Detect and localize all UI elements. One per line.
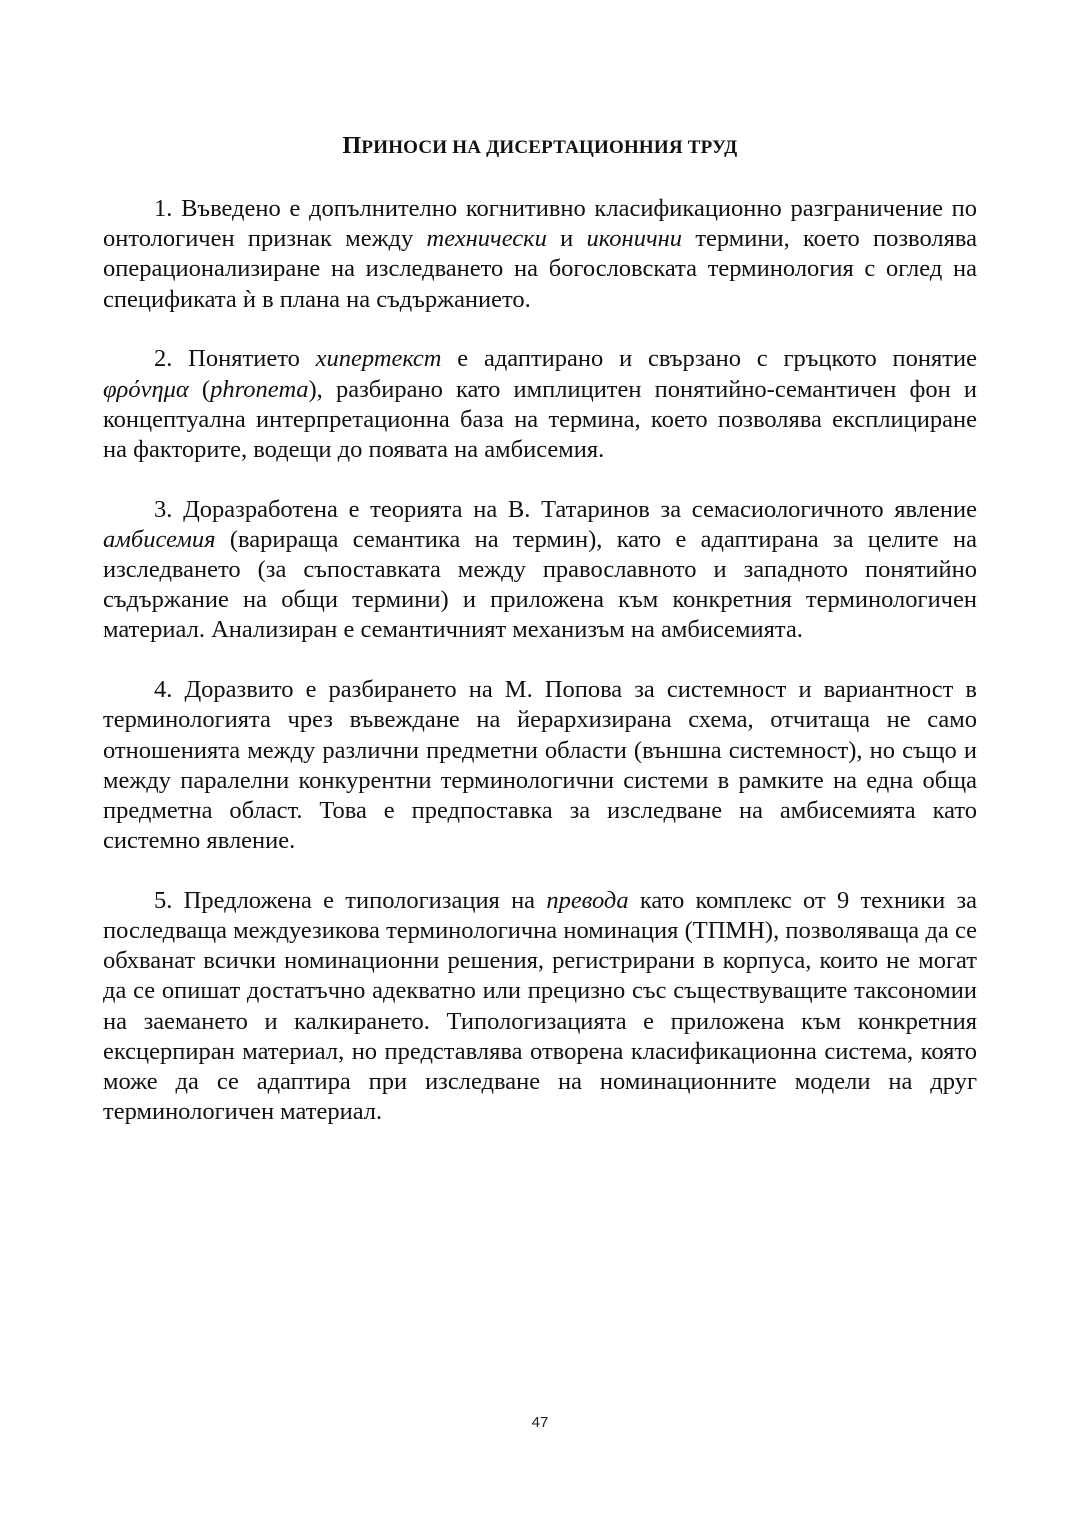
- italic-term: технически: [427, 225, 547, 252]
- paragraph-number: 3.: [154, 496, 172, 523]
- contribution-paragraph-1: 1. Въведено е допълнително когнитивно кл…: [103, 194, 977, 315]
- page-number: 47: [0, 1414, 1080, 1431]
- contribution-paragraph-2: 2. Понятието хипертекст е адаптирано и с…: [103, 344, 977, 465]
- contribution-paragraph-5: 5. Предложена е типологизация на превода…: [103, 886, 977, 1128]
- contribution-paragraph-3: 3. Доразработена е теорията на В. Татари…: [103, 495, 977, 646]
- italic-term: phronema: [210, 376, 308, 403]
- italic-term: иконични: [587, 225, 683, 252]
- page-title: ПРИНОСИ НА ДИСЕРТАЦИОННИЯ ТРУД: [103, 128, 977, 166]
- paragraph-number: 1.: [154, 195, 172, 222]
- text-segment: като комплекс от 9 техники за последваща…: [103, 887, 977, 1125]
- title-first-letter: П: [343, 133, 362, 159]
- text-segment: (варираща семантика на термин), като е а…: [103, 526, 977, 644]
- text-segment: Понятието: [172, 345, 315, 372]
- text-segment: е адаптирано и свързано с гръцкото понят…: [441, 345, 977, 372]
- text-segment: (: [189, 376, 210, 403]
- title-rest: РИНОСИ НА ДИСЕРТАЦИОННИЯ ТРУД: [361, 137, 737, 158]
- paragraph-number: 5.: [154, 887, 172, 914]
- text-segment: и: [547, 225, 587, 252]
- italic-term: превода: [546, 887, 628, 914]
- text-segment: Предложена е типологизация на: [172, 887, 546, 914]
- italic-term: φρόνημα: [103, 376, 189, 403]
- text-segment: Доразработена е теорията на В. Татаринов…: [172, 496, 977, 523]
- contribution-paragraph-4: 4. Доразвито е разбирането на М. Попова …: [103, 675, 977, 856]
- paragraph-number: 4.: [154, 676, 172, 703]
- document-page: ПРИНОСИ НА ДИСЕРТАЦИОННИЯ ТРУД 1. Въведе…: [103, 128, 977, 1157]
- italic-term: амбисемия: [103, 526, 216, 553]
- text-segment: Доразвито е разбирането на М. Попова за …: [103, 676, 977, 854]
- paragraph-number: 2.: [154, 345, 172, 372]
- italic-term: хипертекст: [316, 345, 442, 372]
